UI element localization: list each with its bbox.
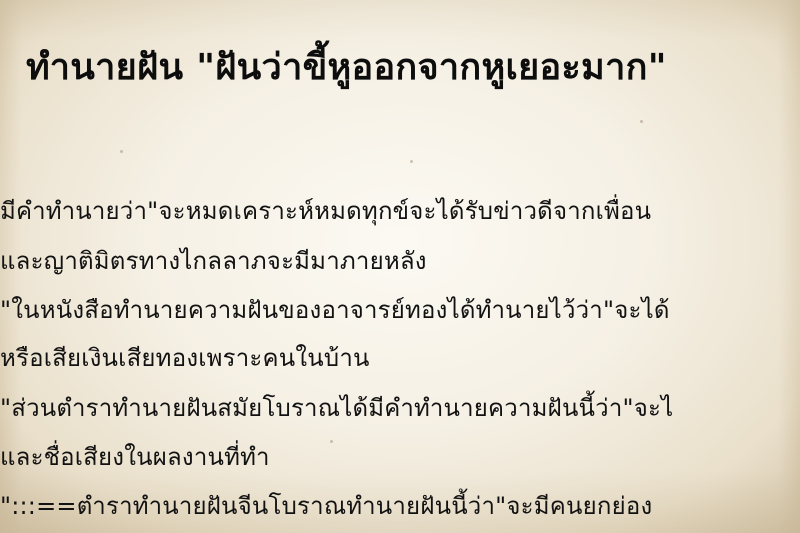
paper-texture-speck xyxy=(330,440,333,443)
parchment-background: ทำนายฝัน "ฝันว่าขี้หูออกจากหูเยอะมาก" มี… xyxy=(0,0,800,533)
interpretation-line: หรือเสียเงินเสียทองเพราะคนในบ้าน xyxy=(0,338,370,377)
interpretation-line: ":::==ตำราทำนายฝันจีนโบราณทำนายฝันนี้ว่า… xyxy=(0,486,652,525)
page-title: ทำนายฝัน "ฝันว่าขี้หูออกจากหูเยอะมาก" xyxy=(26,38,667,95)
interpretation-line: และชื่อเสียงในผลงานที่ทำ xyxy=(0,437,270,476)
paper-texture-speck xyxy=(410,160,413,163)
paper-texture-speck xyxy=(120,150,123,153)
interpretation-line: มีคำทำนายว่า"จะหมดเคราะห์หมดทุกข์จะได้รั… xyxy=(0,191,651,230)
interpretation-line: และญาติมิตรทางไกลลาภจะมีมาภายหลัง xyxy=(0,241,427,280)
interpretation-line: "ส่วนตำราทำนายฝันสมัยโบราณได้มีคำทำนายคว… xyxy=(0,388,673,427)
interpretation-line: "ในหนังสือทำนายความฝันของอาจารย์ทองได้ทำ… xyxy=(0,290,670,329)
paper-texture-speck xyxy=(640,120,643,123)
